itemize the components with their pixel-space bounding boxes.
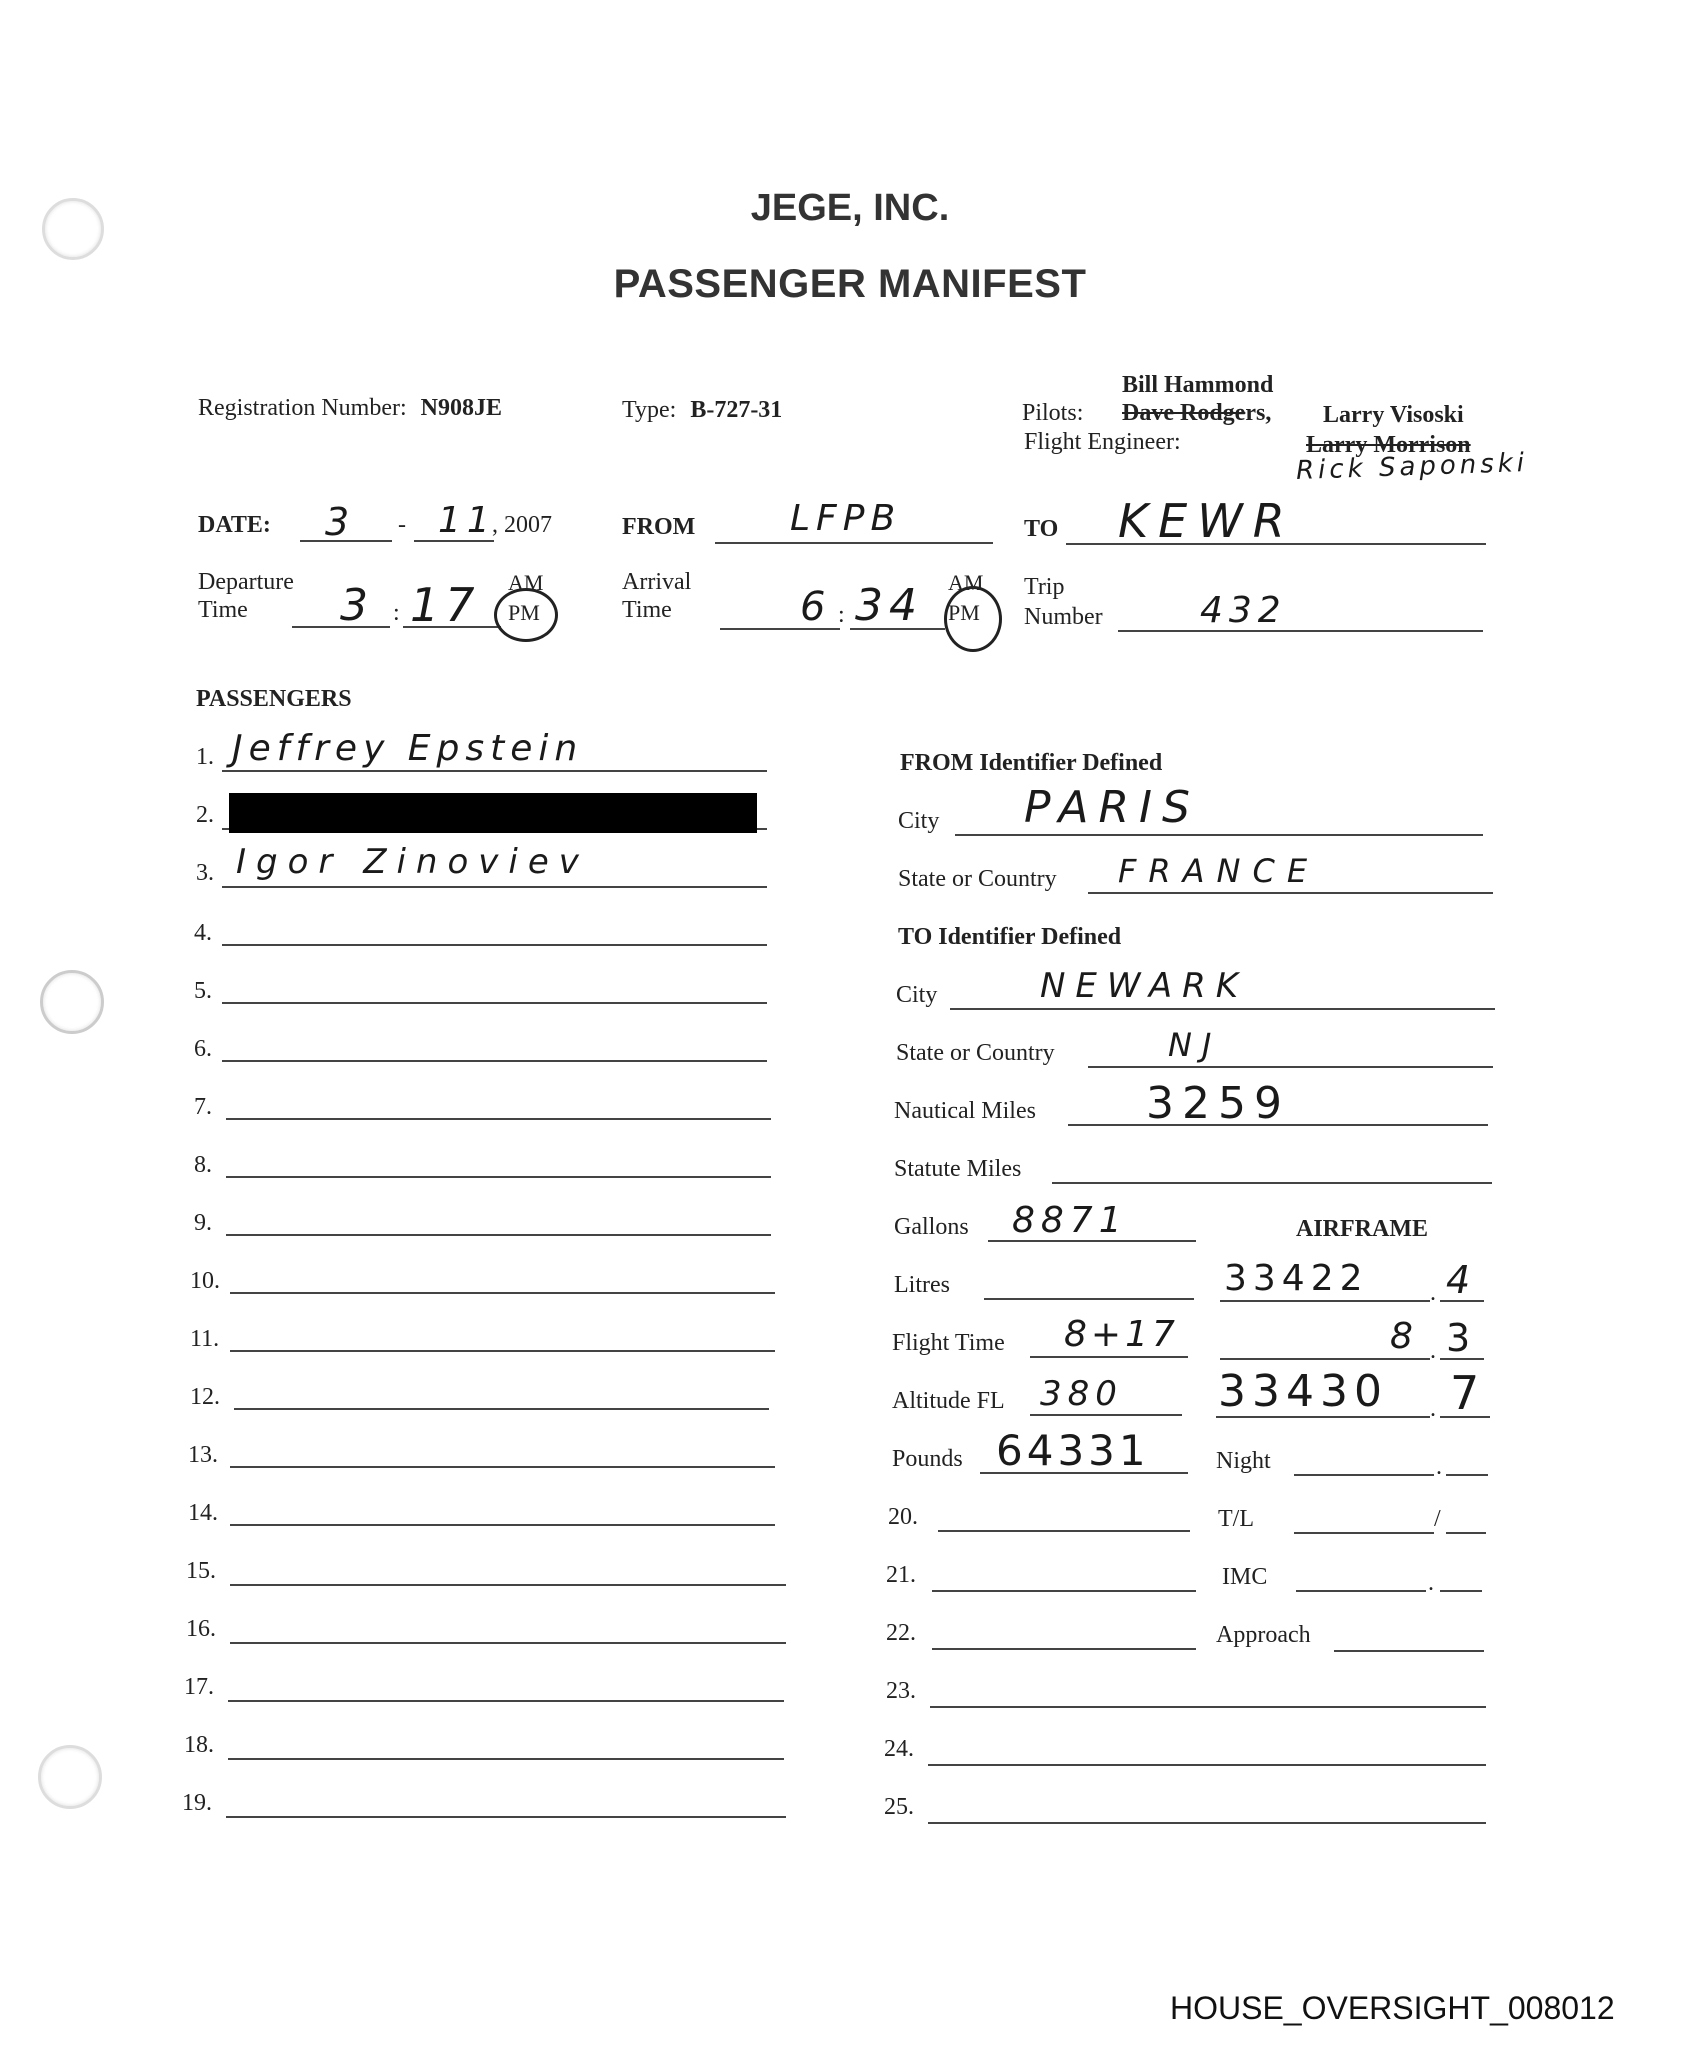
passenger-11-line[interactable] <box>230 1350 775 1352</box>
departure-label: Departure Time <box>198 568 294 624</box>
airframe-flight-tenth-value: 3 <box>1446 1316 1476 1360</box>
passenger-13-line[interactable] <box>230 1466 775 1468</box>
gallons-value: 8871 <box>1012 1200 1128 1241</box>
imc-decimal: . <box>1428 1570 1434 1597</box>
airframe-start-whole-line <box>1220 1300 1430 1302</box>
flight-engineer-label: Flight Engineer: <box>1024 429 1181 456</box>
to-value: KEWR <box>1118 494 1295 548</box>
from-city-label: City <box>898 808 939 835</box>
trip-number-line <box>1118 630 1483 632</box>
flight-time-label: Flight Time <box>892 1330 1005 1357</box>
arrival-minute-value: 34 <box>855 580 923 631</box>
trip-number-value: 432 <box>1200 590 1287 631</box>
imc-tenth-line[interactable] <box>1440 1590 1482 1592</box>
airframe-heading: AIRFRAME <box>1296 1216 1428 1243</box>
arrival-hour-value: 6 <box>800 584 831 630</box>
from-city-value: PARIS <box>1024 782 1200 833</box>
date-year: , 2007 <box>492 512 552 539</box>
from-line <box>715 542 993 544</box>
passenger-20-line[interactable] <box>938 1530 1190 1532</box>
pounds-value: 64331 <box>996 1426 1150 1475</box>
altitude-line[interactable] <box>1030 1414 1182 1416</box>
airframe-end-tenth-value: 7 <box>1450 1366 1485 1420</box>
tl-second-line[interactable] <box>1446 1532 1486 1534</box>
departure-minute-value: 17 <box>410 578 481 632</box>
airframe-start-decimal: . <box>1430 1280 1436 1307</box>
litres-label: Litres <box>894 1272 950 1299</box>
row-20-num: 20. <box>888 1504 918 1531</box>
gallons-label: Gallons <box>894 1214 969 1241</box>
pounds-label: Pounds <box>892 1446 963 1473</box>
from-value: LFPB <box>790 498 901 539</box>
litres-line[interactable] <box>984 1298 1194 1300</box>
pilot-2-name: Larry Visoski <box>1323 402 1464 429</box>
to-city-line[interactable] <box>950 1008 1495 1010</box>
imc-whole-line[interactable] <box>1296 1590 1426 1592</box>
passenger-12-line[interactable] <box>234 1408 769 1410</box>
passenger-21-line[interactable] <box>932 1590 1196 1592</box>
passenger-16-line[interactable] <box>230 1642 786 1644</box>
redaction-bar <box>229 793 757 833</box>
to-identifier-heading: TO Identifier Defined <box>898 924 1121 951</box>
approach-line[interactable] <box>1334 1650 1484 1652</box>
statute-miles-line[interactable] <box>1052 1182 1492 1184</box>
passenger-6-line[interactable] <box>222 1060 767 1062</box>
row-24-num: 24. <box>884 1736 914 1763</box>
passenger-3-name: Igor Zinoviev <box>236 842 589 882</box>
imc-label: IMC <box>1222 1564 1267 1591</box>
pilot-struck-part: Dave Rodge <box>1122 400 1245 426</box>
hole-punch-middle <box>40 970 104 1034</box>
statute-miles-label: Statute Miles <box>894 1156 1021 1183</box>
night-whole-line[interactable] <box>1294 1474 1434 1476</box>
tl-separator: / <box>1434 1506 1441 1533</box>
flight-time-line[interactable] <box>1030 1356 1188 1358</box>
document-title: PASSENGER MANIFEST <box>0 262 1700 307</box>
registration-field: Registration Number: N908JE <box>198 395 502 422</box>
passenger-7-line[interactable] <box>226 1118 771 1120</box>
arrival-colon: : <box>838 602 845 629</box>
to-city-value: NEWARK <box>1040 966 1248 1006</box>
airframe-flight-whole-value: 8 <box>1390 1316 1419 1357</box>
company-name: JEGE, INC. <box>0 187 1700 230</box>
airframe-end-decimal: . <box>1430 1396 1436 1423</box>
approach-label: Approach <box>1216 1622 1311 1649</box>
from-state-value: FRANCE <box>1118 852 1319 890</box>
to-state-line[interactable] <box>1088 1066 1493 1068</box>
hole-punch-bottom <box>38 1745 102 1809</box>
type-value: B-727-31 <box>690 397 782 423</box>
passenger-1-name: Jeffrey Epstein <box>232 728 583 769</box>
passenger-8-line[interactable] <box>226 1176 771 1178</box>
to-label: TO <box>1024 516 1058 543</box>
departure-pm-circle <box>494 588 558 642</box>
passenger-24-line[interactable] <box>928 1764 1486 1766</box>
passenger-14-line[interactable] <box>230 1524 775 1526</box>
arrival-pm-circle <box>944 586 1002 652</box>
date-label: DATE: <box>198 512 271 539</box>
passenger-18-line[interactable] <box>228 1758 784 1760</box>
night-decimal: . <box>1436 1454 1442 1481</box>
passenger-19-line[interactable] <box>226 1816 786 1818</box>
passenger-23-line[interactable] <box>930 1706 1486 1708</box>
airframe-start-whole-value: 33422 <box>1224 1258 1369 1299</box>
passengers-heading: PASSENGERS <box>196 686 352 713</box>
altitude-value: 380 <box>1040 1374 1123 1414</box>
pilot-struck-name: Dave Rodgers, <box>1122 400 1271 427</box>
trip-number-label: Trip Number <box>1024 572 1103 632</box>
type-label: Type: <box>622 397 676 423</box>
passenger-25-line[interactable] <box>928 1822 1486 1824</box>
tl-label: T/L <box>1218 1506 1254 1533</box>
airframe-flight-whole-line <box>1220 1358 1430 1360</box>
pilots-label: Pilots: <box>1022 400 1083 427</box>
passenger-1-line[interactable] <box>222 770 767 772</box>
altitude-label: Altitude FL <box>892 1388 1005 1415</box>
tl-first-line[interactable] <box>1294 1532 1434 1534</box>
nautical-miles-label: Nautical Miles <box>894 1098 1036 1125</box>
from-state-line[interactable] <box>1088 892 1493 894</box>
nautical-miles-value: 3259 <box>1146 1078 1290 1129</box>
row-22-num: 22. <box>886 1620 916 1647</box>
to-state-label: State or Country <box>896 1040 1055 1067</box>
airframe-start-tenth-value: 4 <box>1446 1258 1476 1302</box>
airframe-flight-decimal: . <box>1430 1338 1436 1365</box>
from-label: FROM <box>622 514 695 541</box>
row-25-num: 25. <box>884 1794 914 1821</box>
registration-label: Registration Number: <box>198 395 407 421</box>
date-separator: - <box>398 512 406 539</box>
departure-hour-value: 3 <box>340 580 374 631</box>
passenger-10-line[interactable] <box>230 1292 775 1294</box>
passenger-15-line[interactable] <box>230 1584 786 1586</box>
night-tenth-line[interactable] <box>1446 1474 1488 1476</box>
passenger-3-line[interactable] <box>222 886 767 888</box>
row-21-num: 21. <box>886 1562 916 1589</box>
from-state-label: State or Country <box>898 866 1057 893</box>
type-field: Type: B-727-31 <box>622 397 782 424</box>
passenger-22-line[interactable] <box>932 1648 1196 1650</box>
arrival-label: Arrival Time <box>622 568 691 624</box>
bates-number: HOUSE_OVERSIGHT_008012 <box>1170 1990 1615 2027</box>
from-identifier-heading: FROM Identifier Defined <box>900 750 1162 777</box>
airframe-end-whole-value: 33430 <box>1218 1366 1388 1417</box>
pilot-added-name: Bill Hammond <box>1122 372 1273 399</box>
passenger-4-line[interactable] <box>222 944 767 946</box>
from-city-line[interactable] <box>955 834 1483 836</box>
pilot-struck-suffix: rs, <box>1245 400 1271 426</box>
to-city-label: City <box>896 982 937 1009</box>
passenger-5-line[interactable] <box>222 1002 767 1004</box>
date-day-value: 11 <box>438 500 496 541</box>
date-month-value: 3 <box>325 500 355 544</box>
flight-time-value: 8+17 <box>1064 1314 1179 1355</box>
to-state-value: NJ <box>1168 1026 1221 1064</box>
row-23-num: 23. <box>886 1678 916 1705</box>
departure-colon: : <box>393 600 400 627</box>
night-label: Night <box>1216 1448 1271 1475</box>
registration-value: N908JE <box>421 395 502 421</box>
passenger-9-line[interactable] <box>226 1234 771 1236</box>
passenger-17-line[interactable] <box>228 1700 784 1702</box>
